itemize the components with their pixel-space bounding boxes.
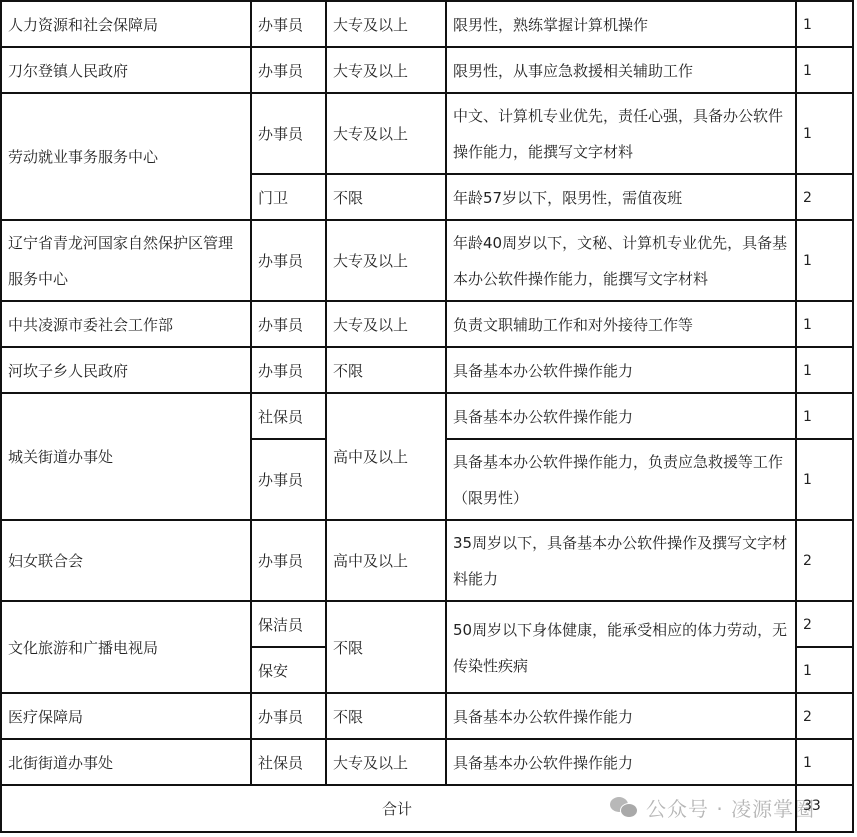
count-text: 1: [803, 653, 812, 689]
requirements-text: 中文、计算机专业优先，责任心强，具备办公软件操作能力，能撰写文字材料: [453, 98, 792, 170]
position-text: 社保员: [258, 745, 303, 781]
divider: [446, 438, 854, 440]
count-cell: 1: [797, 740, 852, 785]
unit-text: 中共凌源市委社会工作部: [8, 307, 173, 343]
position-cell: 办事员: [252, 221, 326, 301]
education-cell: 不限: [327, 694, 446, 739]
position-text: 办事员: [258, 307, 303, 343]
unit-text: 城关街道办事处: [8, 439, 113, 475]
position-cell: 办事员: [252, 48, 326, 93]
position-text: 办事员: [258, 699, 303, 735]
count-cell: 1: [797, 221, 852, 301]
count-cell: 1: [797, 48, 852, 93]
education-text: 高中及以上: [333, 543, 408, 579]
unit-text: 医疗保障局: [8, 699, 83, 735]
education-cell: 高中及以上: [327, 521, 446, 601]
divider: [0, 219, 854, 221]
divider: [250, 0, 252, 786]
count-cell: 1: [797, 440, 852, 520]
requirements-cell: 具备基本办公软件操作能力，负责应急救援等工作（限男性）: [447, 440, 796, 520]
count-text: 1: [803, 307, 812, 343]
requirements-cell: 具备基本办公软件操作能力: [447, 394, 796, 439]
position-cell: 办事员: [252, 348, 326, 393]
position-cell: 办事员: [252, 302, 326, 347]
count-text: 2: [803, 180, 812, 216]
requirements-text: 限男性，从事应急救援相关辅助工作: [453, 53, 693, 89]
unit-cell: 文化旅游和广播电视局: [2, 602, 251, 693]
position-cell: 保洁员: [252, 602, 326, 647]
requirements-text: 具备基本办公软件操作能力，负责应急救援等工作（限男性）: [453, 444, 792, 516]
requirements-text: 限男性，熟练掌握计算机操作: [453, 7, 648, 43]
unit-text: 妇女联合会: [8, 543, 83, 579]
education-cell: 大专及以上: [327, 302, 446, 347]
divider: [795, 0, 797, 833]
divider: [0, 519, 854, 521]
unit-cell: 城关街道办事处: [2, 394, 251, 520]
education-text: 大专及以上: [333, 116, 408, 152]
requirements-text: 负责文职辅助工作和对外接待工作等: [453, 307, 693, 343]
count-cell: 1: [797, 2, 852, 47]
unit-cell: 医疗保障局: [2, 694, 251, 739]
count-text: 1: [803, 399, 812, 435]
requirements-cell: 负责文职辅助工作和对外接待工作等: [447, 302, 796, 347]
count-cell: 2: [797, 175, 852, 220]
divider: [0, 0, 854, 2]
count-text: 1: [803, 53, 812, 89]
requirements-text: 年龄57岁以下，限男性，需值夜班: [453, 180, 682, 216]
unit-text: 刀尔登镇人民政府: [8, 53, 128, 89]
unit-text: 北街街道办事处: [8, 745, 113, 781]
position-text: 办事员: [258, 462, 303, 498]
unit-cell: 劳动就业事务服务中心: [2, 94, 251, 220]
total-count: 33: [803, 798, 821, 814]
unit-cell: 中共凌源市委社会工作部: [2, 302, 251, 347]
count-text: 1: [803, 745, 812, 781]
requirements-text: 具备基本办公软件操作能力: [453, 353, 633, 389]
education-cell: 大专及以上: [327, 2, 446, 47]
requirements-cell: 中文、计算机专业优先，责任心强，具备办公软件操作能力，能撰写文字材料: [447, 94, 796, 174]
divider: [0, 92, 854, 94]
position-text: 办事员: [258, 353, 303, 389]
position-cell: 办事员: [252, 94, 326, 174]
position-cell: 门卫: [252, 175, 326, 220]
divider: [852, 0, 854, 833]
education-cell: 大专及以上: [327, 221, 446, 301]
position-text: 门卫: [258, 180, 288, 216]
requirements-cell: 限男性，熟练掌握计算机操作: [447, 2, 796, 47]
education-text: 高中及以上: [333, 439, 408, 475]
divider: [251, 173, 854, 175]
unit-cell: 妇女联合会: [2, 521, 251, 601]
count-cell: 1: [797, 302, 852, 347]
watermark: 公众号 · 凌源掌圈: [610, 790, 815, 824]
count-cell: 2: [797, 694, 852, 739]
divider: [325, 0, 327, 786]
unit-text: 人力资源和社会保障局: [8, 7, 158, 43]
requirements-text: 50周岁以下身体健康，能承受相应的体力劳动，无传染性疾病: [453, 612, 792, 684]
unit-text: 河坎子乡人民政府: [8, 353, 128, 389]
education-text: 不限: [333, 699, 363, 735]
divider: [0, 738, 854, 740]
education-cell: 大专及以上: [327, 48, 446, 93]
education-text: 大专及以上: [333, 745, 408, 781]
count-cell: 1: [797, 394, 852, 439]
education-text: 不限: [333, 630, 363, 666]
position-cell: 办事员: [252, 440, 326, 520]
position-text: 办事员: [258, 243, 303, 279]
divider: [445, 0, 447, 786]
divider: [0, 346, 854, 348]
education-text: 不限: [333, 180, 363, 216]
divider: [0, 46, 854, 48]
education-cell: 不限: [327, 602, 446, 693]
count-cell: 2: [797, 602, 852, 647]
position-cell: 社保员: [252, 394, 326, 439]
position-text: 办事员: [258, 53, 303, 89]
divider: [251, 438, 327, 440]
requirements-cell: 年龄57岁以下，限男性，需值夜班: [447, 175, 796, 220]
unit-text: 劳动就业事务服务中心: [8, 139, 158, 175]
count-cell: 1: [797, 348, 852, 393]
position-cell: 办事员: [252, 694, 326, 739]
position-cell: 社保员: [252, 740, 326, 785]
count-text: 1: [803, 7, 812, 43]
divider: [796, 646, 854, 648]
education-text: 大专及以上: [333, 53, 408, 89]
requirements-text: 年龄40周岁以下，文秘、计算机专业优先，具备基本办公软件操作能力，能撰写文字材料: [453, 225, 792, 297]
requirements-cell: 35周岁以下，具备基本办公软件操作及撰写文字材料能力: [447, 521, 796, 601]
requirements-cell: 具备基本办公软件操作能力: [447, 348, 796, 393]
wechat-icon: [610, 795, 640, 819]
unit-cell: 辽宁省青龙河国家自然保护区管理服务中心: [2, 221, 251, 301]
position-cell: 办事员: [252, 521, 326, 601]
unit-text: 辽宁省青龙河国家自然保护区管理服务中心: [8, 225, 247, 297]
education-text: 大专及以上: [333, 7, 408, 43]
count-text: 2: [803, 699, 812, 735]
count-text: 1: [803, 462, 812, 498]
requirements-cell: 50周岁以下身体健康，能承受相应的体力劳动，无传染性疾病: [447, 602, 796, 693]
education-text: 不限: [333, 353, 363, 389]
unit-text: 文化旅游和广播电视局: [8, 630, 158, 666]
unit-cell: 北街街道办事处: [2, 740, 251, 785]
divider: [0, 831, 854, 833]
requirements-cell: 限男性，从事应急救援相关辅助工作: [447, 48, 796, 93]
divider: [0, 784, 854, 786]
divider: [0, 392, 854, 394]
position-cell: 办事员: [252, 2, 326, 47]
count-cell: 2: [797, 521, 852, 601]
position-text: 办事员: [258, 7, 303, 43]
count-cell: 1: [797, 94, 852, 174]
unit-cell: 刀尔登镇人民政府: [2, 48, 251, 93]
education-cell: 大专及以上: [327, 94, 446, 174]
position-text: 社保员: [258, 399, 303, 435]
education-text: 大专及以上: [333, 307, 408, 343]
position-text: 办事员: [258, 116, 303, 152]
education-cell: 不限: [327, 175, 446, 220]
divider: [0, 600, 854, 602]
position-text: 办事员: [258, 543, 303, 579]
position-cell: 保安: [252, 648, 326, 693]
education-cell: 大专及以上: [327, 740, 446, 785]
recruitment-table: 人力资源和社会保障局 办事员 大专及以上 限男性，熟练掌握计算机操作 1 刀尔登…: [0, 0, 857, 837]
requirements-text: 具备基本办公软件操作能力: [453, 399, 633, 435]
watermark-text: 公众号 · 凌源掌圈: [646, 793, 815, 822]
requirements-cell: 具备基本办公软件操作能力: [447, 740, 796, 785]
count-text: 1: [803, 116, 812, 152]
position-text: 保安: [258, 653, 288, 689]
count-cell: 1: [797, 648, 852, 693]
divider: [0, 0, 2, 833]
requirements-text: 35周岁以下，具备基本办公软件操作及撰写文字材料能力: [453, 525, 792, 597]
requirements-cell: 具备基本办公软件操作能力: [447, 694, 796, 739]
requirements-cell: 年龄40周岁以下，文秘、计算机专业优先，具备基本办公软件操作能力，能撰写文字材料: [447, 221, 796, 301]
unit-cell: 河坎子乡人民政府: [2, 348, 251, 393]
divider: [251, 646, 327, 648]
education-cell: 高中及以上: [327, 394, 446, 520]
education-text: 大专及以上: [333, 243, 408, 279]
count-text: 2: [803, 543, 812, 579]
divider: [0, 300, 854, 302]
count-text: 1: [803, 243, 812, 279]
position-text: 保洁员: [258, 607, 303, 643]
count-text: 2: [803, 607, 812, 643]
unit-cell: 人力资源和社会保障局: [2, 2, 251, 47]
requirements-text: 具备基本办公软件操作能力: [453, 699, 633, 735]
divider: [0, 692, 854, 694]
total-label: 合计: [382, 791, 412, 827]
count-text: 1: [803, 353, 812, 389]
education-cell: 不限: [327, 348, 446, 393]
requirements-text: 具备基本办公软件操作能力: [453, 745, 633, 781]
